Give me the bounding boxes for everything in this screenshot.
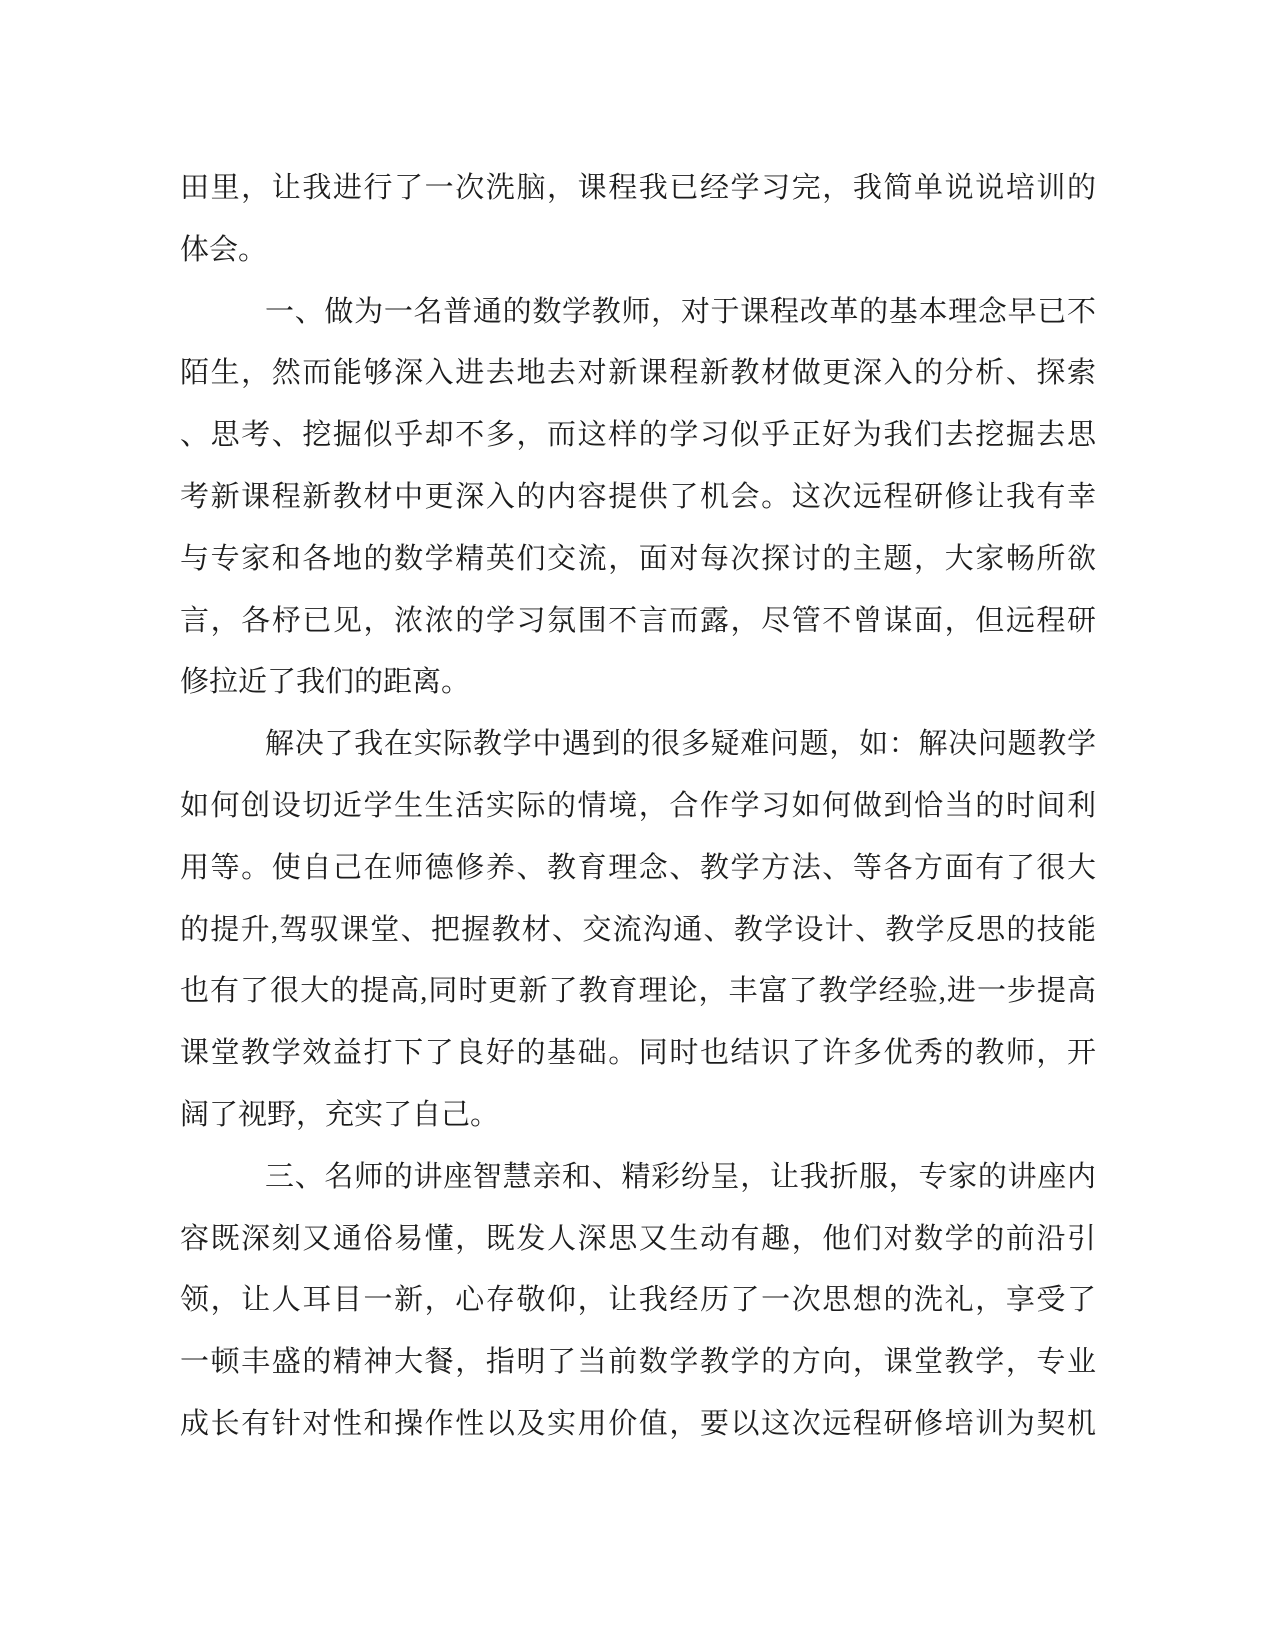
text-line: 田里，让我进行了一次洗脑，课程我已经学习完，我简单说说培训的 bbox=[180, 158, 1096, 220]
text-line: 用等。使自己在师德修养、教育理念、教学方法、等各方面有了很大 bbox=[180, 838, 1096, 900]
text-line: 阔了视野，充实了自己。 bbox=[180, 1085, 1096, 1147]
text-line: 容既深刻又通俗易懂，既发人深思又生动有趣，他们对数学的前沿引 bbox=[180, 1209, 1096, 1271]
text-line: 解决了我在实际教学中遇到的很多疑难问题，如：解决问题教学 bbox=[180, 714, 1096, 776]
text-line: 一顿丰盛的精神大餐，指明了当前数学教学的方向，课堂教学，专业 bbox=[180, 1332, 1096, 1394]
text-line: 体会。 bbox=[180, 220, 1096, 282]
text-line: 修拉近了我们的距离。 bbox=[180, 652, 1096, 714]
text-line: 与专家和各地的数学精英们交流，面对每次探讨的主题，大家畅所欲 bbox=[180, 529, 1096, 591]
text-line: 陌生，然而能够深入进去地去对新课程新教材做更深入的分析、探索 bbox=[180, 343, 1096, 405]
text-line: 如何创设切近学生生活实际的情境，合作学习如何做到恰当的时间利 bbox=[180, 776, 1096, 838]
text-line: 的提升,驾驭课堂、把握教材、交流沟通、教学设计、教学反思的技能 bbox=[180, 900, 1096, 962]
text-line: 也有了很大的提高,同时更新了教育理论，丰富了教学经验,进一步提高 bbox=[180, 961, 1096, 1023]
document-text-block: 田里，让我进行了一次洗脑，课程我已经学习完，我简单说说培训的 体会。 一、做为一… bbox=[180, 158, 1096, 1456]
text-line: 领，让人耳目一新，心存敬仰，让我经历了一次思想的洗礼，享受了 bbox=[180, 1270, 1096, 1332]
text-line: 一、做为一名普通的数学教师，对于课程改革的基本理念早已不 bbox=[180, 282, 1096, 344]
document-page: 田里，让我进行了一次洗脑，课程我已经学习完，我简单说说培训的 体会。 一、做为一… bbox=[0, 0, 1275, 1650]
text-line: 成长有针对性和操作性以及实用价值，要以这次远程研修培训为契机 bbox=[180, 1394, 1096, 1456]
text-line: 考新课程新教材中更深入的内容提供了机会。这次远程研修让我有幸 bbox=[180, 467, 1096, 529]
text-line: 言，各杼已见，浓浓的学习氛围不言而露，尽管不曾谋面，但远程研 bbox=[180, 591, 1096, 653]
text-line: 、思考、挖掘似乎却不多，而这样的学习似乎正好为我们去挖掘去思 bbox=[180, 405, 1096, 467]
text-line: 三、名师的讲座智慧亲和、精彩纷呈，让我折服，专家的讲座内 bbox=[180, 1147, 1096, 1209]
text-line: 课堂教学效益打下了良好的基础。同时也结识了许多优秀的教师，开 bbox=[180, 1023, 1096, 1085]
